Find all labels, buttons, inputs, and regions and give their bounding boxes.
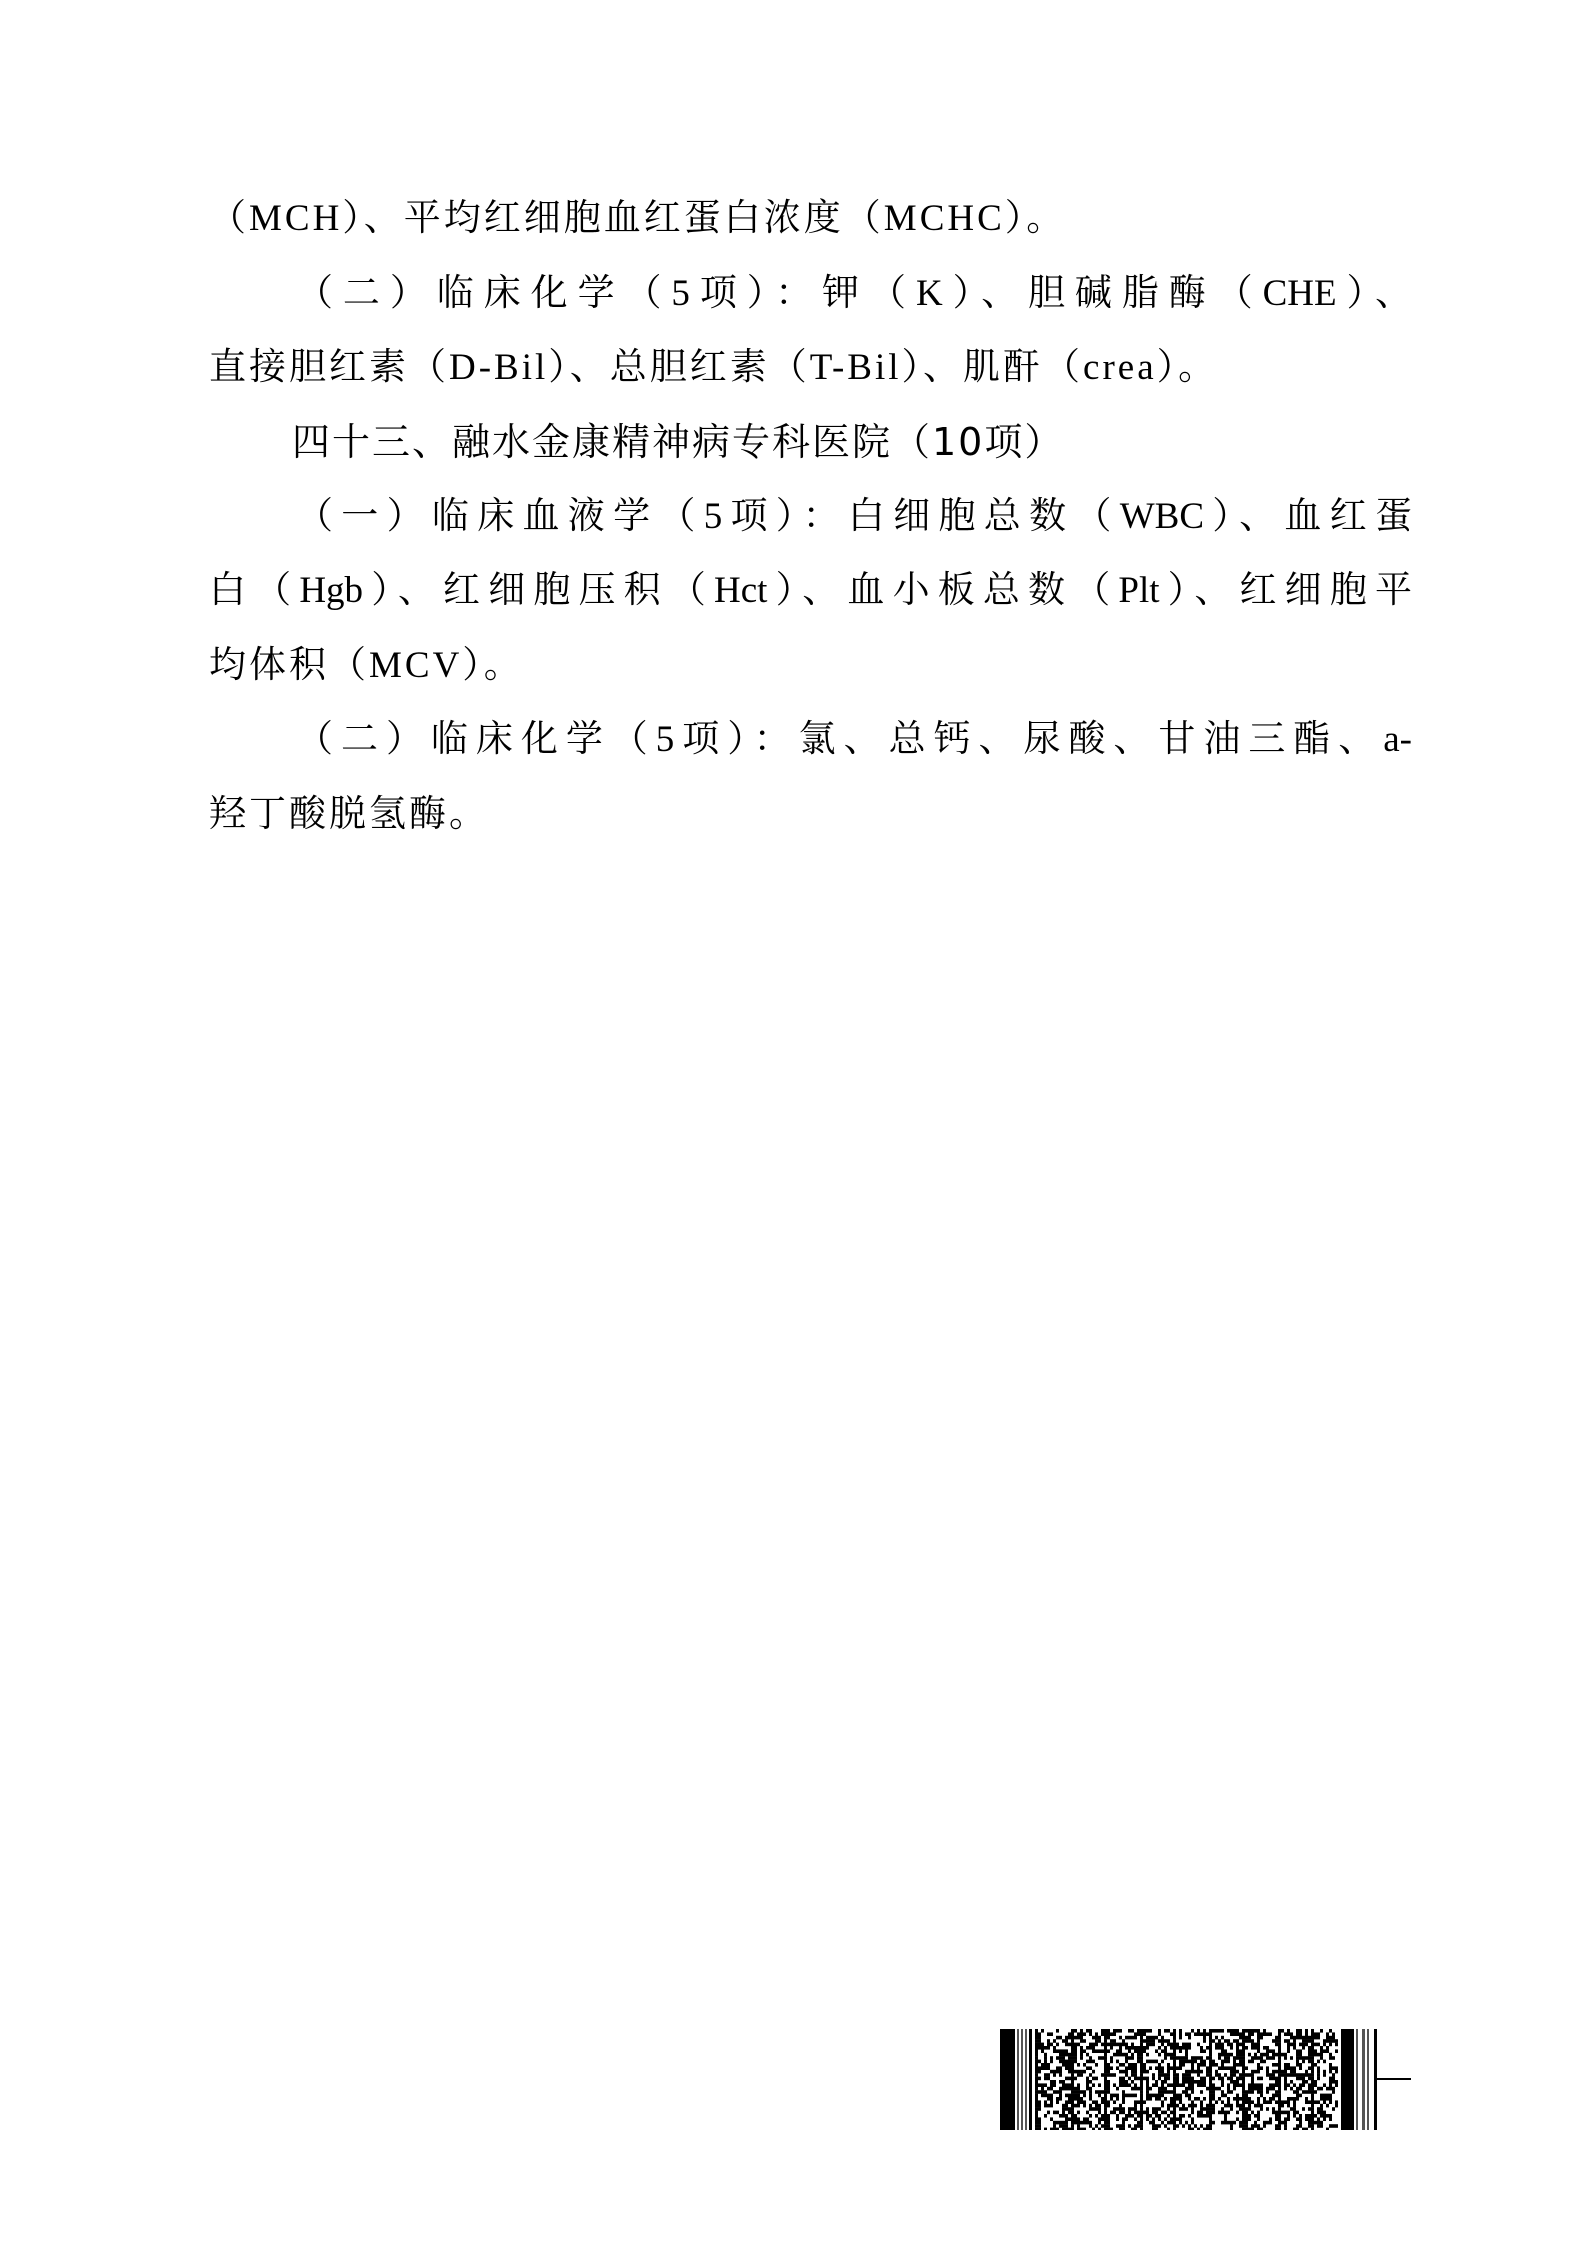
- page-number-dash: [1377, 2078, 1411, 2080]
- text-line-hematology-3: 均体积（MCV）。: [209, 640, 524, 692]
- text-line-hematology-1: （一）临床血液学（5项）：白细胞总数（WBC）、血红蛋: [296, 491, 1412, 543]
- text-line-chemistry-2: 直接胆红素（D-Bil）、总胆红素（T-Bil）、肌酐（crea）。: [209, 342, 1218, 394]
- pdf417-barcode: [1000, 2029, 1377, 2130]
- text-line-hematology-2: 白（Hgb）、红细胞压积（Hct）、血小板总数（Plt）、红细胞平: [209, 565, 1412, 617]
- section-heading: 四十三、融水金康精神病专科医院（10项）: [292, 416, 1064, 468]
- document-page: （MCH）、平均红细胞血红蛋白浓度（MCHC）。 （二）临床化学（5项）：钾（K…: [0, 0, 1588, 2245]
- text-line-chemistry-3: （二）临床化学（5项）：氯、总钙、尿酸、甘油三酯、a-: [296, 714, 1412, 766]
- text-line-mchc: （MCH）、平均红细胞血红蛋白浓度（MCHC）。: [209, 193, 1066, 245]
- text-line-chemistry-4: 羟丁酸脱氢酶。: [209, 789, 489, 841]
- text-line-chemistry-1: （二）临床化学（5项）：钾（K）、胆碱脂酶（CHE）、: [296, 268, 1412, 320]
